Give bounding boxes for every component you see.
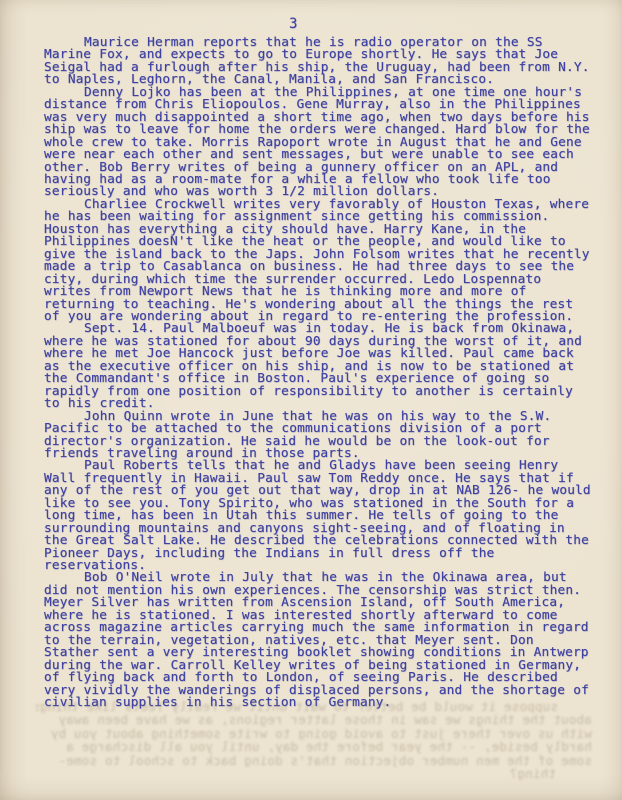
paragraph: Bob O'Neil wrote in July that he was in … xyxy=(44,572,596,709)
paragraph: Paul Roberts tells that he and Gladys ha… xyxy=(44,460,596,572)
page-number: 3 xyxy=(289,16,297,32)
bleedthrough-line: some of the men number objection that's … xyxy=(36,754,592,767)
document-page: 3 Maurice Herman reports that he is radi… xyxy=(0,0,622,800)
bleedthrough-line: thing? xyxy=(36,767,592,780)
bleedthrough-line: with us over there just to avoid going t… xyxy=(36,727,592,740)
bleedthrough-line: hardly beside, -- the year before the da… xyxy=(36,740,592,753)
bleedthrough-text: suppose it would be better to wait until… xyxy=(36,700,592,780)
bleedthrough-line: suppose it would be better to wait until… xyxy=(36,700,592,713)
bleedthrough-line: about the things we saw in those latter … xyxy=(36,713,592,726)
letter-body: Maurice Herman reports that he is radio … xyxy=(44,37,596,709)
paragraph: John Quinn wrote in June that he was on … xyxy=(44,411,596,461)
paragraph: Maurice Herman reports that he is radio … xyxy=(44,37,596,87)
paragraph: Denny Lojko has been at the Philippines,… xyxy=(44,87,596,199)
paragraph: Charliee Crockwell writes very favorably… xyxy=(44,199,596,324)
paragraph: Sept. 14. Paul Malboeuf was in today. He… xyxy=(44,323,596,410)
